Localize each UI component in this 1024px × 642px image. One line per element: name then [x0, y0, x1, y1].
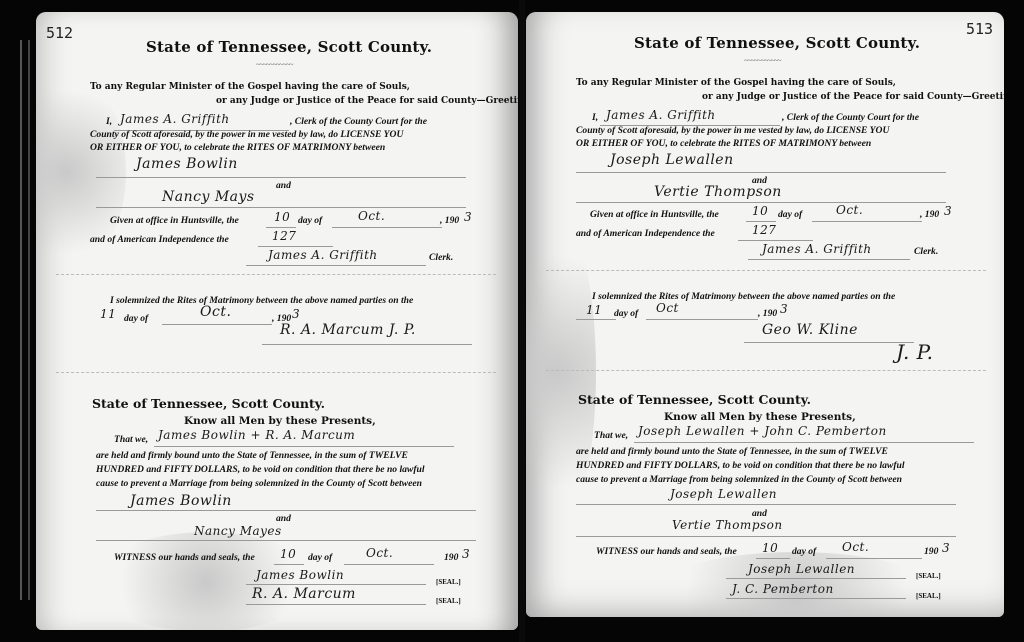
greeting-line-2: or any Judge or Justice of the Peace for…	[702, 92, 1004, 102]
seal-label: [SEAL.]	[436, 597, 461, 605]
fill-line	[246, 265, 426, 266]
fill-line	[576, 536, 956, 537]
clerk-name: James A. Griffith	[120, 112, 230, 126]
fill-line	[96, 540, 476, 541]
fill-line	[646, 319, 758, 320]
section-divider	[56, 372, 496, 373]
given-year-digit: 3	[944, 204, 952, 218]
greeting-line-2: or any Judge or Justice of the Peace for…	[216, 96, 518, 106]
solemnization-year-digit: 3	[780, 302, 788, 316]
fill-line	[246, 584, 426, 585]
clerk-signature: James A. Griffith	[268, 248, 378, 262]
clerk-label: Clerk.	[914, 246, 938, 257]
fill-line	[634, 442, 974, 443]
witness-day: 10	[762, 541, 778, 555]
solemnization-day: 11	[100, 307, 116, 321]
clerk-label: Clerk.	[429, 252, 453, 263]
bond-subheading: Know all Men by these Presents,	[184, 415, 376, 427]
bond-and: and	[276, 513, 291, 524]
fill-line	[576, 319, 616, 320]
bond-line-4: cause to prevent a Marriage from being s…	[576, 474, 902, 485]
fill-line	[748, 259, 910, 260]
book-spine	[519, 0, 525, 642]
fill-line	[258, 246, 333, 247]
witness-prefix: WITNESS our hands and seals, the	[596, 546, 737, 557]
fill-line	[96, 510, 476, 511]
independence-year: 127	[752, 223, 776, 237]
section-divider	[56, 274, 496, 275]
fill-line	[246, 604, 426, 605]
fill-line	[96, 177, 466, 178]
license-body-line-2: County of Scott aforesaid, by the power …	[90, 129, 403, 140]
clerk-text: , Clerk of the County Court for the	[782, 112, 919, 123]
bond-line-3: HUNDRED and FIFTY DOLLARS, to be void on…	[576, 460, 905, 471]
independence-prefix: and of American Independence the	[90, 234, 229, 245]
bride-name: Vertie Thompson	[654, 184, 782, 200]
given-month: Oct.	[358, 209, 385, 223]
witness-year-prefix: 190	[924, 546, 938, 557]
section-divider	[546, 370, 986, 371]
independence-prefix: and of American Independence the	[576, 228, 715, 239]
witness-month: Oct.	[366, 546, 393, 560]
clerk-prefix: I,	[592, 112, 598, 123]
fill-line	[344, 564, 434, 565]
solemnization-text: I solemnized the Rites of Matrimony betw…	[592, 291, 895, 302]
bond-groom: James Bowlin	[130, 493, 232, 509]
solemnization-year-prefix: , 190	[758, 308, 777, 319]
clerk-prefix: I,	[106, 116, 112, 127]
fill-line	[262, 344, 472, 345]
solemnization-year-digit: 3	[292, 307, 300, 321]
fill-line	[576, 202, 946, 203]
bond-subheading: Know all Men by these Presents,	[664, 411, 856, 423]
fill-line	[332, 227, 442, 228]
seal-label: [SEAL.]	[436, 578, 461, 586]
bond-obligors: Joseph Lewallen + John C. Pemberton	[638, 424, 887, 438]
witness-year-digit: 3	[462, 547, 470, 561]
license-heading: State of Tennessee, Scott County.	[634, 34, 920, 52]
bond-line-4: cause to prevent a Marriage from being s…	[96, 478, 422, 489]
signature-2: R. A. Marcum	[252, 586, 356, 602]
binding-edge	[20, 40, 30, 600]
bond-bride: Vertie Thompson	[672, 518, 783, 532]
bond-that-we: That we,	[594, 430, 628, 441]
bond-heading: State of Tennessee, Scott County.	[578, 392, 811, 407]
fill-line	[154, 446, 454, 447]
bond-heading: State of Tennessee, Scott County.	[92, 396, 325, 411]
fill-line	[274, 564, 304, 565]
given-year-prefix: , 190	[920, 209, 939, 220]
bride-name: Nancy Mays	[162, 189, 255, 205]
officiant-signature: Geo W. Kline	[762, 322, 858, 338]
given-day: 10	[274, 210, 290, 224]
ornament-divider: ~~~~~~~~~~~	[256, 60, 293, 69]
fill-line	[826, 558, 922, 559]
seal-label: [SEAL.]	[916, 592, 941, 600]
witness-year-prefix: 190	[444, 552, 458, 563]
fill-line	[162, 324, 272, 325]
fill-line	[266, 227, 296, 228]
officiant-signature: R. A. Marcum J. P.	[280, 322, 416, 338]
license-body-line-3: OR EITHER OF YOU, to celebrate the RITES…	[576, 138, 871, 149]
clerk-text: , Clerk of the County Court for the	[290, 116, 427, 127]
solemnization-day: 11	[586, 303, 602, 317]
solemnization-dayof: day of	[124, 313, 148, 324]
groom-name: James Bowlin	[136, 156, 238, 172]
given-prefix: Given at office in Huntsville, the	[590, 209, 719, 220]
fill-line	[812, 221, 922, 222]
fill-line	[746, 221, 776, 222]
groom-name: Joseph Lewallen	[610, 152, 734, 168]
given-prefix: Given at office in Huntsville, the	[110, 215, 239, 226]
given-day: 10	[752, 204, 768, 218]
bond-line-2: are held and firmly bound unto the State…	[96, 450, 408, 461]
page-number: 512	[46, 24, 73, 42]
bond-groom: Joseph Lewallen	[670, 487, 777, 501]
greeting-line-1: To any Regular Minister of the Gospel ha…	[576, 78, 896, 88]
witness-day: 10	[280, 547, 296, 561]
solemnization-text: I solemnized the Rites of Matrimony betw…	[110, 295, 413, 306]
fill-line	[756, 558, 790, 559]
signature-1: James Bowlin	[256, 568, 344, 582]
seal-label: [SEAL.]	[916, 572, 941, 580]
officiant-title: J. P.	[896, 340, 933, 364]
witness-prefix: WITNESS our hands and seals, the	[114, 552, 255, 563]
bond-line-3: HUNDRED and FIFTY DOLLARS, to be void on…	[96, 464, 425, 475]
ornament-divider: ~~~~~~~~~~~	[744, 56, 781, 65]
fill-line	[96, 207, 466, 208]
license-body-line-2: County of Scott aforesaid, by the power …	[576, 125, 889, 136]
left-page: 512 State of Tennessee, Scott County. ~~…	[36, 12, 518, 630]
right-page: 513 State of Tennessee, Scott County. ~~…	[526, 12, 1004, 617]
page-number: 513	[966, 20, 993, 38]
section-divider	[546, 270, 986, 271]
solemnization-dayof: day of	[614, 308, 638, 319]
signature-2: J. C. Pemberton	[732, 582, 834, 596]
witness-dayof: day of	[308, 552, 332, 563]
fill-line	[726, 578, 906, 579]
given-month: Oct.	[836, 203, 863, 217]
bond-that-we: That we,	[114, 434, 148, 445]
given-dayof: day of	[298, 215, 322, 226]
and-label: and	[276, 180, 291, 191]
witness-month: Oct.	[842, 540, 869, 554]
fill-line	[576, 172, 946, 173]
fill-line	[726, 598, 906, 599]
given-year-prefix: , 190	[440, 215, 459, 226]
fill-line	[576, 504, 956, 505]
license-heading: State of Tennessee, Scott County.	[146, 38, 432, 56]
solemnization-month: Oct.	[200, 304, 231, 320]
witness-dayof: day of	[792, 546, 816, 557]
signature-1: Joseph Lewallen	[748, 562, 855, 576]
clerk-name: James A. Griffith	[606, 108, 716, 122]
fill-line	[744, 342, 914, 343]
given-year-digit: 3	[464, 210, 472, 224]
given-dayof: day of	[778, 209, 802, 220]
clerk-signature: James A. Griffith	[762, 242, 872, 256]
bond-obligors: James Bowlin + R. A. Marcum	[158, 428, 355, 442]
solemnization-month: Oct	[656, 301, 679, 315]
fill-line	[738, 240, 813, 241]
greeting-line-1: To any Regular Minister of the Gospel ha…	[90, 82, 410, 92]
independence-year: 127	[272, 229, 296, 243]
license-body-line-3: OR EITHER OF YOU, to celebrate the RITES…	[90, 142, 385, 153]
bond-line-2: are held and firmly bound unto the State…	[576, 446, 888, 457]
witness-year-digit: 3	[942, 541, 950, 555]
bond-bride: Nancy Mayes	[194, 524, 282, 538]
